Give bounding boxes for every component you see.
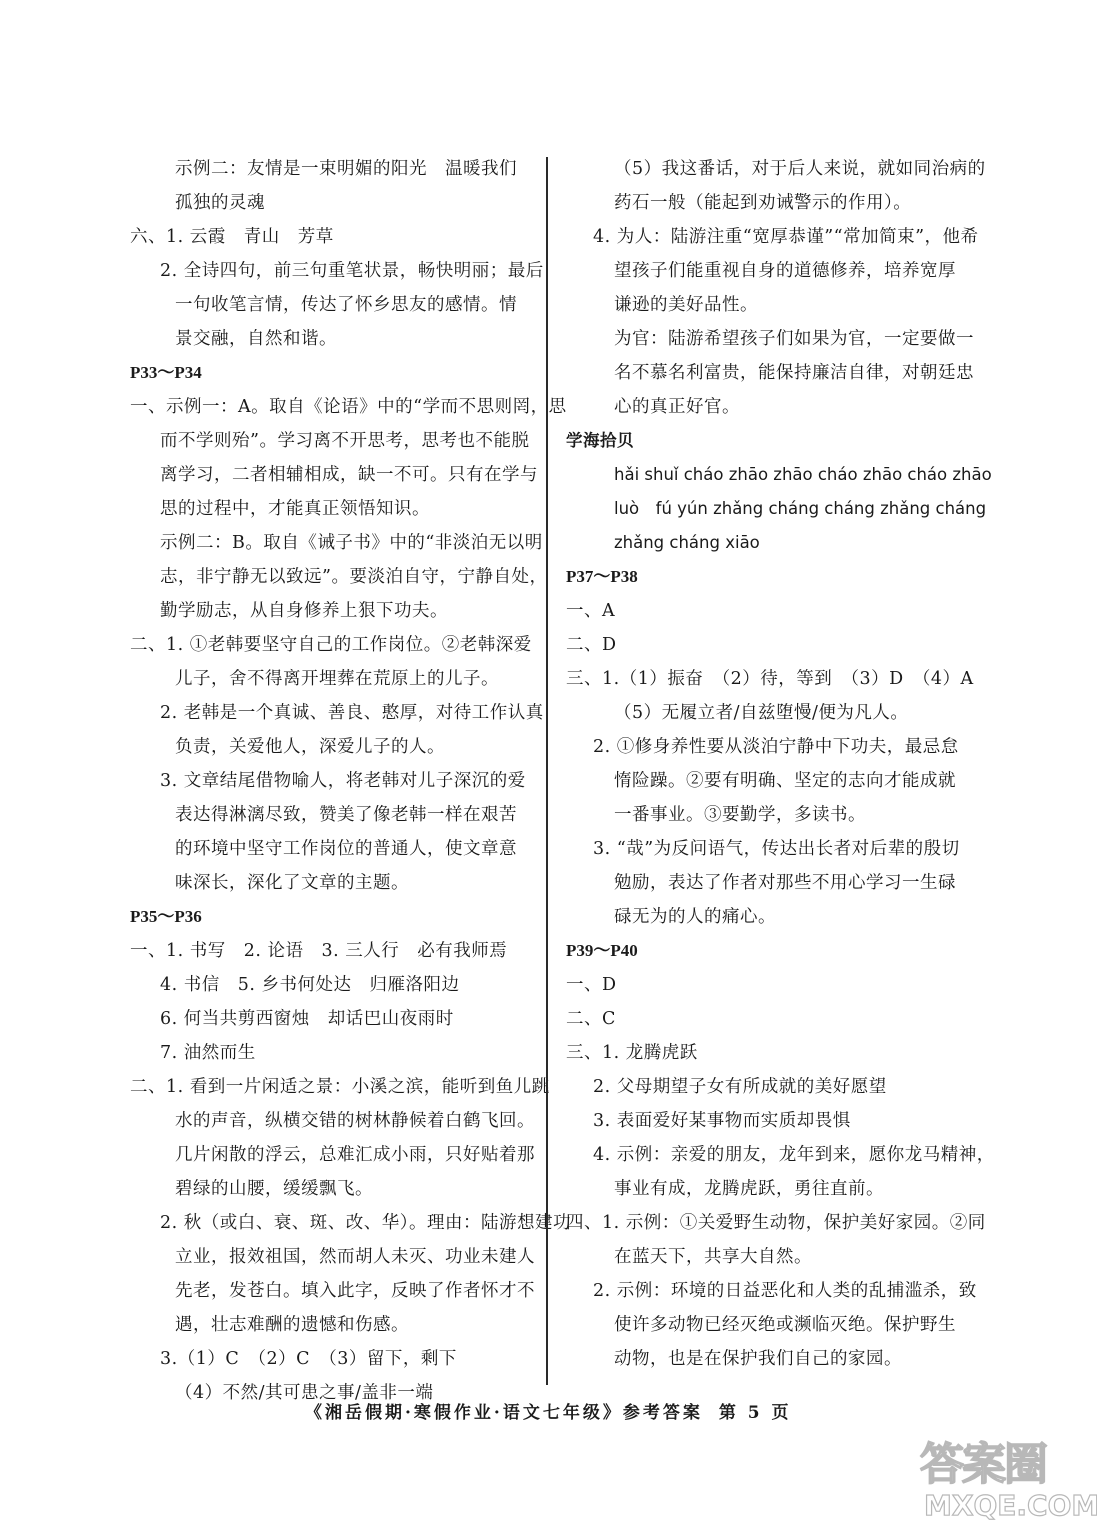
answer-line: 使许多动物已经灭绝或濒临灭绝。保护野生	[566, 1308, 976, 1342]
answer-line: 二、D	[566, 628, 976, 662]
answer-line: 动物，也是在保护我们自己的家园。	[566, 1342, 976, 1376]
answer-line: 景交融，自然和谐。	[130, 322, 535, 356]
answer-line: 事业有成，龙腾虎跃，勇往直前。	[566, 1172, 976, 1206]
answer-line: 3. 文章结尾借物喻人，将老韩对儿子深沉的爱	[130, 764, 535, 798]
answer-line: 名不慕名利富贵，能保持廉洁自律，对朝廷忠	[566, 356, 976, 390]
watermark-url-text: MXQE.COM	[920, 1490, 1090, 1522]
answer-line: 心的真正好官。	[566, 390, 976, 424]
answer-line: 一句收笔言情，传达了怀乡思友的感情。情	[130, 288, 535, 322]
answer-line: 4. 书信 5. 乡书何处达 归雁洛阳边	[130, 968, 535, 1002]
answer-line: 4. 为人：陆游注重“宽厚恭谨”“常加简束”，他希	[566, 220, 976, 254]
answer-line: 2. 老韩是一个真诚、善良、憨厚，对待工作认真	[130, 696, 535, 730]
section-heading: P37～P38	[566, 560, 976, 594]
answer-line: 三、1.（1）振奋 （2）待，等到 （3）D （4）A	[566, 662, 976, 696]
answer-line: 谦逊的美好品性。	[566, 288, 976, 322]
watermark-cn-text: 答案圈	[920, 1440, 1090, 1490]
section-heading: 学海拾贝	[566, 424, 976, 458]
section-heading: P33～P34	[130, 356, 535, 390]
answer-line: 3. 表面爱好某事物而实质却畏惧	[566, 1104, 976, 1138]
answer-line: 离学习，二者相辅相成，缺一不可。只有在学与	[130, 458, 535, 492]
answer-line: （5）我这番话，对于后人来说，就如同治病的	[566, 152, 976, 186]
footer-book-title: 《湘岳假期·寒假作业·语文七年级》参考答案	[305, 1403, 703, 1423]
answer-line: 为官：陆游希望孩子们如果为官，一定要做一	[566, 322, 976, 356]
answer-line: 水的声音，纵横交错的树林静候着白鹤飞回。	[130, 1104, 535, 1138]
answer-line: 碌无为的人的痛心。	[566, 900, 976, 934]
answer-line: 立业，报效祖国，然而胡人未灭、功业未建人	[130, 1240, 535, 1274]
answer-line: 孤独的灵魂	[130, 186, 535, 220]
answer-line: 6. 何当共剪西窗烛 却话巴山夜雨时	[130, 1002, 535, 1036]
answer-line: 而不学则殆”。学习离不开思考，思考也不能脱	[130, 424, 535, 458]
answer-line: 一番事业。③要勤学，多读书。	[566, 798, 976, 832]
answer-line: 惰险躁。②要有明确、坚定的志向才能成就	[566, 764, 976, 798]
answer-line: 2. 秋（或白、衰、斑、改、华）。理由：陆游想建功	[130, 1206, 535, 1240]
answer-line: 负责，关爱他人，深爱儿子的人。	[130, 730, 535, 764]
answer-line: 一、1. 书写 2. 论语 3. 三人行 必有我师焉	[130, 934, 535, 968]
answer-line: 二、1. ①老韩要坚守自己的工作岗位。②老韩深爱	[130, 628, 535, 662]
answer-line: 2. ①修身养性要从淡泊宁静中下功夫，最忌怠	[566, 730, 976, 764]
answer-line: 一、示例一：A。取自《论语》中的“学而不思则罔，思	[130, 390, 535, 424]
answer-line: 4. 示例：亲爱的朋友，龙年到来，愿你龙马精神，	[566, 1138, 976, 1172]
answer-line: 示例二：B。取自《诫子书》中的“非淡泊无以明	[130, 526, 535, 560]
section-heading: P39～P40	[566, 934, 976, 968]
answer-line: 2. 示例：环境的日益恶化和人类的乱捕滥杀，致	[566, 1274, 976, 1308]
answer-line: 示例二：友情是一束明媚的阳光 温暖我们	[130, 152, 535, 186]
answer-line: 的环境中坚守工作岗位的普通人，使文章意	[130, 832, 535, 866]
footer-page-number: 第 5 页	[719, 1403, 792, 1423]
section-heading: P35～P36	[130, 900, 535, 934]
answer-line: 六、1. 云霞 青山 芳草	[130, 220, 535, 254]
right-column: （5）我这番话，对于后人来说，就如同治病的药石一般（能起到劝诫警示的作用）。4.…	[566, 152, 976, 1376]
answer-line: 一、A	[566, 594, 976, 628]
answer-line: 三、1. 龙腾虎跃	[566, 1036, 976, 1070]
answer-line: 二、C	[566, 1002, 976, 1036]
answer-line: 二、1. 看到一片闲适之景：小溪之滨，能听到鱼儿跳	[130, 1070, 535, 1104]
answer-line: 2. 父母期望子女有所成就的美好愿望	[566, 1070, 976, 1104]
answer-line: 志，非宁静无以致远”。要淡泊自守，宁静自处，	[130, 560, 535, 594]
answer-line: 在蓝天下，共享大自然。	[566, 1240, 976, 1274]
left-column: 示例二：友情是一束明媚的阳光 温暖我们孤独的灵魂六、1. 云霞 青山 芳草2. …	[130, 152, 535, 1410]
answer-line: 望孩子们能重视自身的道德修养，培养宽厚	[566, 254, 976, 288]
answer-line: 勤学励志，从自身修养上狠下功夫。	[130, 594, 535, 628]
answer-line: 3.（1）C （2）C （3）留下，剩下	[130, 1342, 535, 1376]
answer-line: 先老，发苍白。填入此字，反映了作者怀才不	[130, 1274, 535, 1308]
answer-line: 几片闲散的浮云，总难汇成小雨，只好贴着那	[130, 1138, 535, 1172]
answer-line: 思的过程中，才能真正领悟知识。	[130, 492, 535, 526]
answer-line: 2. 全诗四句，前三句重笔状景，畅快明丽；最后	[130, 254, 535, 288]
answer-line: 四、1. 示例：①关爱野生动物，保护美好家园。②同	[566, 1206, 976, 1240]
answer-line: zhǎng cháng xiāo	[566, 526, 976, 560]
answer-line: hǎi shuǐ cháo zhāo zhāo cháo zhāo cháo z…	[566, 458, 976, 492]
page-footer: 《湘岳假期·寒假作业·语文七年级》参考答案第 5 页	[305, 1398, 792, 1423]
answer-line: （5）无履立者/自兹堕慢/便为凡人。	[566, 696, 976, 730]
answer-line: 一、D	[566, 968, 976, 1002]
answer-line: 儿子，舍不得离开埋葬在荒原上的儿子。	[130, 662, 535, 696]
answer-line: 味深长，深化了文章的主题。	[130, 866, 535, 900]
answer-line: 3. “哉”为反问语气，传达出长者对后辈的殷切	[566, 832, 976, 866]
answer-line: 勉励，表达了作者对那些不用心学习一生碌	[566, 866, 976, 900]
answer-line: 遇，壮志难酬的遗憾和伤感。	[130, 1308, 535, 1342]
column-divider	[546, 157, 548, 1385]
answer-line: luò fú yún zhǎng cháng cháng zhǎng cháng	[566, 492, 976, 526]
watermark-logo: 答案圈 MXQE.COM	[920, 1440, 1090, 1530]
answer-line: 碧绿的山腰，缓缓飘飞。	[130, 1172, 535, 1206]
answer-line: 7. 油然而生	[130, 1036, 535, 1070]
answer-line: 药石一般（能起到劝诫警示的作用）。	[566, 186, 976, 220]
answer-line: 表达得淋漓尽致，赞美了像老韩一样在艰苦	[130, 798, 535, 832]
